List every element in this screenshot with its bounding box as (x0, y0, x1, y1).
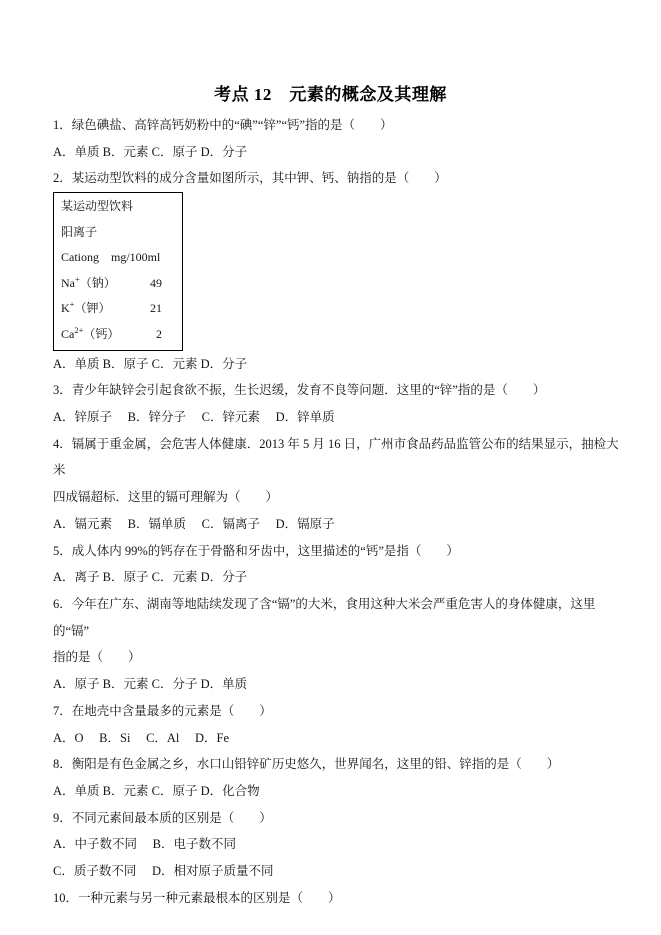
question-9-options-cd: C．质子数不同 D．相对原子质量不同 (53, 858, 631, 885)
questions-area: 1．绿色碘盐、高锌高钙奶粉中的“碘”“锌”“钙”指的是（ ） A．单质 B．元素… (0, 112, 661, 911)
ion-amount: 49 (150, 271, 162, 297)
question-8-options: A．单质 B．元素 C．原子 D．化合物 (53, 778, 631, 805)
drink-cation-table: 某运动型饮料 阳离子 Cationgmg/100ml Na+（钠）49 K+（钾… (53, 192, 183, 351)
table-row-potassium: K+（钾）21 (61, 296, 176, 322)
document-page: 考点 12 元素的概念及其理解 1．绿色碘盐、高锌高钙奶粉中的“碘”“锌”“钙”… (0, 0, 661, 935)
table-col-unit: mg/100ml (111, 250, 160, 264)
question-1-options: A．单质 B．元素 C．原子 D．分子 (53, 139, 631, 166)
question-8-text: 8．衡阳是有色金属之乡，水口山铅锌矿历史悠久，世界闻名，这里的铅、锌指的是（ ） (53, 751, 631, 778)
question-9-options-ab: A．中子数不同 B．电子数不同 (53, 831, 631, 858)
table-subtitle: 阳离子 (61, 220, 176, 246)
table-col-cation: Cationg (61, 250, 99, 264)
question-3-options: A．锌原子 B．锌分子 C．锌元素 D．锌单质 (53, 404, 631, 431)
question-4-text-line2: 四成镉超标．这里的镉可理解为（ ） (53, 484, 631, 511)
question-2-options: A．单质 B．原子 C．元素 D．分子 (53, 351, 631, 378)
question-6-text-line1: 6．今年在广东、湖南等地陆续发现了含“镉”的大米，食用这种大米会严重危害人的身体… (53, 591, 631, 644)
page-title: 考点 12 元素的概念及其理解 (0, 0, 661, 106)
table-header-row: Cationgmg/100ml (61, 245, 176, 271)
question-5-text: 5．成人体内 99%的钙存在于骨骼和牙齿中，这里描述的“钙”是指（ ） (53, 538, 631, 565)
ion-amount: 21 (150, 296, 162, 322)
ion-formula: Na+（钠） (61, 271, 116, 297)
question-1-text: 1．绿色碘盐、高锌高钙奶粉中的“碘”“锌”“钙”指的是（ ） (53, 112, 631, 139)
question-3-text: 3．青少年缺锌会引起食欲不振，生长迟缓，发育不良等问题．这里的“锌”指的是（ ） (53, 377, 631, 404)
table-title: 某运动型饮料 (61, 194, 176, 220)
question-2-text: 2．某运动型饮料的成分含量如图所示，其中钾、钙、钠指的是（ ） (53, 165, 631, 192)
question-5-options: A．离子 B．原子 C．元素 D．分子 (53, 564, 631, 591)
question-4-options: A．镉元素 B．镉单质 C．镉离子 D．镉原子 (53, 511, 631, 538)
question-6-options: A．原子 B．元素 C．分子 D．单质 (53, 671, 631, 698)
ion-amount: 2 (156, 322, 162, 348)
question-7-options: A．O B．Si C．Al D．Fe (53, 725, 631, 752)
question-4-text-line1: 4．镉属于重金属，会危害人体健康．2013 年 5 月 16 日，广州市食品药品… (53, 431, 631, 484)
question-6-text-line2: 指的是（ ） (53, 644, 631, 671)
question-9-text: 9．不同元素间最本质的区别是（ ） (53, 805, 631, 832)
question-7-text: 7．在地壳中含量最多的元素是（ ） (53, 698, 631, 725)
table-row-calcium: Ca2+（钙）2 (61, 322, 176, 348)
question-10-text: 10．一种元素与另一种元素最根本的区别是（ ） (53, 885, 631, 912)
table-row-sodium: Na+（钠）49 (61, 271, 176, 297)
ion-formula: Ca2+（钙） (61, 322, 119, 348)
ion-formula: K+（钾） (61, 296, 110, 322)
